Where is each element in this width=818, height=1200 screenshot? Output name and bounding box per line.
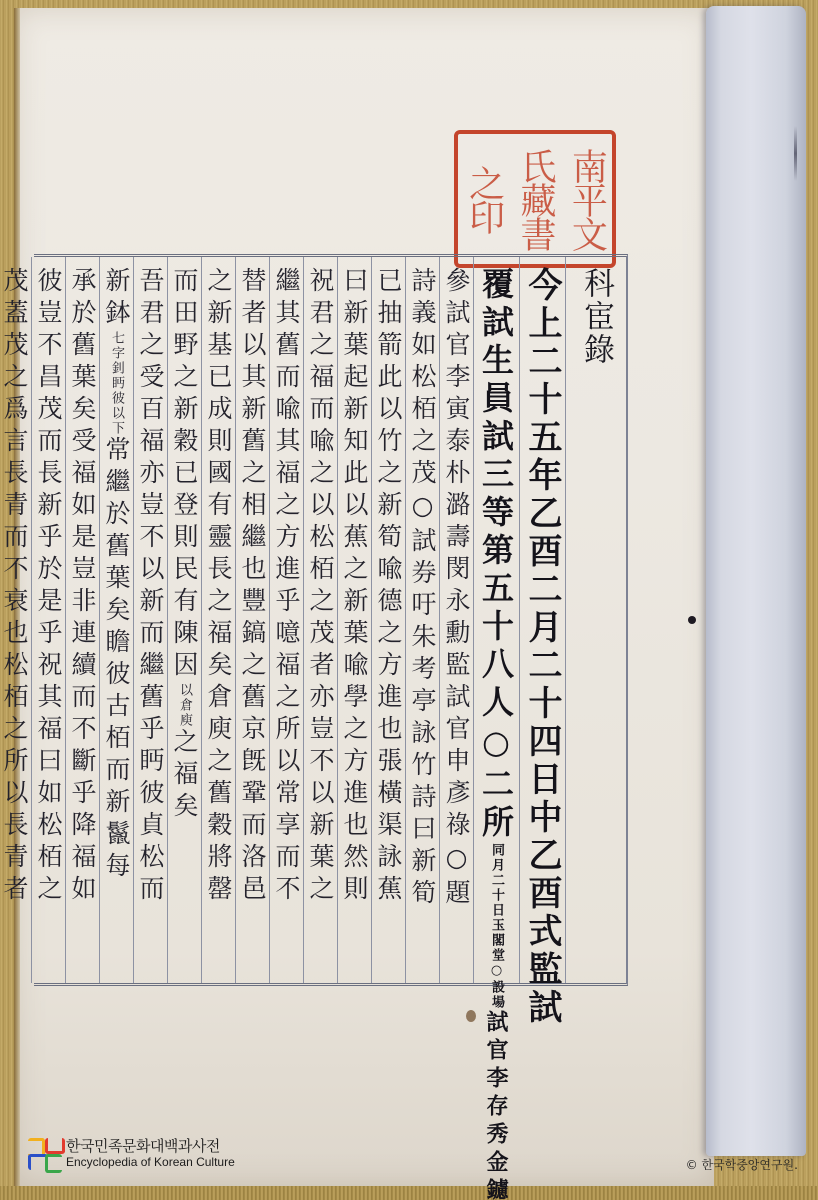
binding-stain: [794, 126, 797, 181]
text-columns: 科宦錄 今上二十五年乙酉二月二十四日中乙酉式監試 覆試生員試三等第五十八人○二所…: [34, 257, 626, 983]
text-column-heading: 今上二十五年乙酉二月二十四日中乙酉式監試: [519, 257, 565, 983]
text-column: 繼其舊而喩其福之方進乎噫福之所以常享而不: [269, 257, 303, 983]
column-main-text: 新鉢: [102, 267, 131, 331]
red-ownership-seal: 南平文 氏藏書 之印: [454, 130, 616, 268]
text-column: 替者以其新舊之相繼也豐鎬之舊京旣鞏而洛邑: [235, 257, 269, 983]
note-right: 倉庾: [176, 698, 192, 728]
text-column-exam: 覆試生員試三等第五十八人○二所玉閣堂○設場同月二十日試官李存秀金鑢: [473, 257, 519, 983]
copyright-notice: © 한국학중앙연구원.: [686, 1156, 798, 1173]
interlinear-note: 眄彼以下七字釗: [108, 331, 124, 436]
column-main-text: 覆試生員試三等第五十八人○二所: [477, 267, 515, 843]
text-column: 祝君之福而喩之以松栢之茂者亦豈不以新葉之: [303, 257, 337, 983]
text-column: 已抽箭此以竹之新筍喩德之方進也張橫渠詠蕉: [371, 257, 405, 983]
seal-column: 南平文: [566, 148, 606, 250]
interlinear-note: 倉庾以: [176, 683, 192, 728]
logo-english: Encyclopedia of Korean Culture: [66, 1156, 235, 1168]
note-right: 玉閣堂○設場: [488, 918, 504, 1010]
note-left: 七字釗: [108, 331, 124, 376]
seal-column: 之印: [464, 165, 504, 233]
note-left: 同月二十日: [488, 843, 504, 918]
tatami-mat-background: [0, 1186, 818, 1200]
column-after-text: 試官李存秀金鑢: [483, 1010, 509, 1200]
logo-korean: 한국민족문화대백과사전: [66, 1139, 235, 1154]
ink-spot: [688, 616, 696, 624]
text-column: 曰新葉起新知此以蕉之新葉喩學之方進也然則: [337, 257, 371, 983]
encyclopedia-logo-icon: [28, 1138, 60, 1168]
seal-column: 氏藏書: [515, 148, 555, 250]
text-column: 承於舊葉矣受福如是豈非連續而不斷乎降福如: [65, 257, 99, 983]
book-title: 科宦錄: [565, 257, 626, 983]
book-binding-spine: [706, 6, 806, 1156]
text-column: 參試官李寅泰朴潞壽閔永勳監試官申彥祿○題: [439, 257, 473, 983]
column-after-text: 之福矣: [170, 728, 199, 824]
text-column: 之新基已成則國有靈長之福矣倉庾之舊穀將罄: [201, 257, 235, 983]
document-page: 南平文 氏藏書 之印 科宦錄 今上二十五年乙酉二月二十四日中乙酉式監試 覆試生員…: [14, 8, 714, 1186]
note-left: 以: [176, 683, 192, 698]
text-column: 吾君之受百福亦豈不以新而繼舊乎眄彼貞松而: [133, 257, 167, 983]
ink-spot: [466, 1010, 476, 1022]
logo-text: 한국민족문화대백과사전 Encyclopedia of Korean Cultu…: [66, 1139, 235, 1168]
text-column: 詩義如松栢之茂○試券吁朱考亭詠竹詩曰新筍: [405, 257, 439, 983]
text-column-annotated: 而田野之新穀已登則民有陳因倉庾以之福矣: [167, 257, 201, 983]
column-after-text: 常繼於舊葉矣瞻彼古栢而新鬣每: [102, 436, 131, 884]
note-right: 眄彼以下: [108, 376, 124, 436]
text-frame: 科宦錄 今上二十五年乙酉二月二十四日中乙酉式監試 覆試生員試三等第五十八人○二所…: [34, 254, 628, 986]
text-column-annotated: 新鉢眄彼以下七字釗常繼於舊葉矣瞻彼古栢而新鬣每: [99, 257, 133, 983]
encyclopedia-logo[interactable]: 한국민족문화대백과사전 Encyclopedia of Korean Cultu…: [28, 1138, 235, 1168]
column-main-text: 而田野之新穀已登則民有陳因: [170, 267, 199, 683]
interlinear-note: 玉閣堂○設場同月二十日: [488, 843, 504, 1010]
text-column: 茂蓋茂之爲言長青而不衰也松栢之所以長青者: [0, 257, 31, 983]
text-column: 彼豈不昌茂而長新乎於是乎祝其福曰如松栢之: [31, 257, 65, 983]
